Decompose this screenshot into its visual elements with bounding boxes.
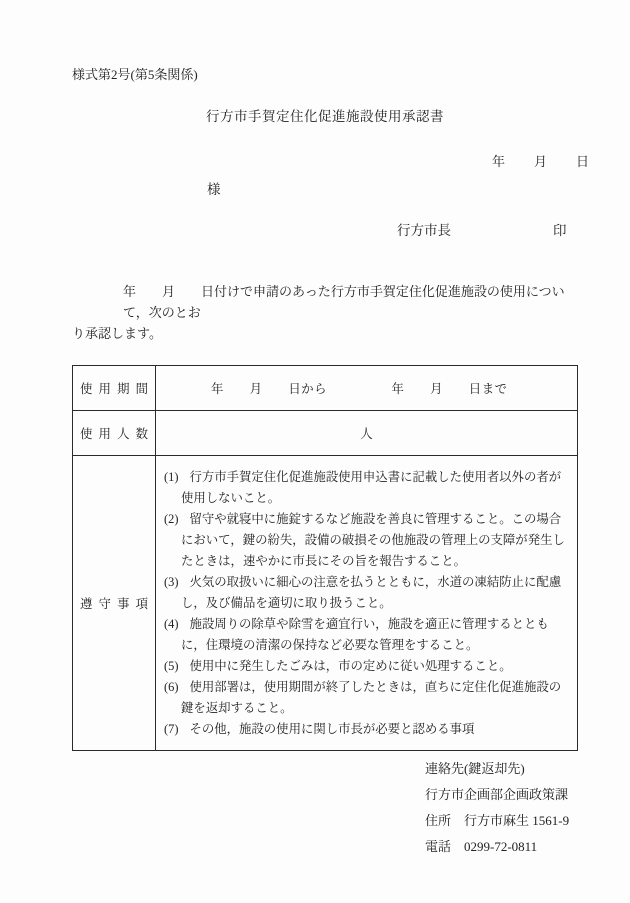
rule-item: (2)留守や就寝中に施錠するなど施設を善良に管理すること。この場合において，鍵の… (164, 509, 572, 572)
rule-text: 行方市手賀定住化促進施設使用申込書に記載した使用者以外の者が使用しないこと。 (181, 470, 561, 505)
rule-number: (6) (164, 680, 178, 694)
table-row-usage-period: 使 用 期 間 年 月 日から 年 月 日まで (73, 366, 578, 411)
table-row-rules: 遵 守 事 項 (1)行方市手賀定住化促進施設使用申込書に記載した使用者以外の者… (73, 456, 578, 751)
rule-text: その他，施設の使用に関し市長が必要と認める事項 (189, 722, 474, 736)
body-line: り承認します。 (72, 323, 578, 344)
addressee-honorific: 様 (72, 181, 578, 199)
document-title: 行方市手賀定住化促進施設使用承認書 (72, 108, 578, 126)
rule-number: (3) (164, 575, 178, 589)
rule-item: (5)使用中に発生したごみは，市の定めに従い処理すること。 (164, 656, 572, 677)
contact-address: 住所 行方市麻生 1561-9 (425, 808, 578, 834)
rule-number: (5) (164, 659, 178, 673)
body-line: 年 月 日付けで申請のあった行方市手賀定住化促進施設の使用について，次のとお (72, 281, 578, 323)
rules-cell: (1)行方市手賀定住化促進施設使用申込書に記載した使用者以外の者が使用しないこと… (156, 456, 578, 751)
user-count-value: 人 (156, 411, 578, 456)
rule-item: (4)施設周りの除草や除雪を適宜行い，施設を適正に管理するとともに，住環境の清潔… (164, 614, 572, 656)
form-number: 様式第2号(第5条関係) (72, 66, 578, 83)
row-header-user-count: 使 用 人 数 (73, 411, 156, 456)
rule-number: (4) (164, 617, 178, 631)
issuer-name: 行方市長 (397, 222, 451, 240)
rule-text: 施設周りの除草や除雪を適宜行い，施設を適正に管理するとともに，住環境の清潔の保持… (181, 617, 549, 652)
usage-period-value: 年 月 日から 年 月 日まで (156, 366, 578, 411)
approval-table: 使 用 期 間 年 月 日から 年 月 日まで 使 用 人 数 人 遵 守 事 … (72, 365, 578, 751)
rule-text: 留守や就寝中に施錠するなど施設を善良に管理すること。この場合において，鍵の紛失，… (181, 512, 565, 568)
rule-text: 使用中に発生したごみは，市の定めに従い処理すること。 (189, 659, 511, 673)
rule-item: (7)その他，施設の使用に関し市長が必要と認める事項 (164, 719, 572, 740)
rule-item: (1)行方市手賀定住化促進施設使用申込書に記載した使用者以外の者が使用しないこと… (164, 467, 572, 509)
issuer-row: 行方市長 印 (72, 222, 578, 240)
contact-department: 行方市企画部企画政策課 (425, 782, 578, 808)
rule-item: (3)火気の取扱いに細心の注意を払うとともに，水道の凍結防止に配慮し，及び備品を… (164, 572, 572, 614)
row-header-usage-period: 使 用 期 間 (73, 366, 156, 411)
contact-block: 連絡先(鍵返却先) 行方市企画部企画政策課 住所 行方市麻生 1561-9 電話… (425, 756, 578, 860)
contact-label: 連絡先(鍵返却先) (425, 756, 578, 782)
rule-number: (2) (164, 512, 178, 526)
table-row-user-count: 使 用 人 数 人 (73, 411, 578, 456)
rule-number: (1) (164, 470, 178, 484)
body-paragraph: 年 月 日付けで申請のあった行方市手賀定住化促進施設の使用について，次のとお り… (72, 281, 578, 344)
rule-text: 火気の取扱いに細心の注意を払うとともに，水道の凍結防止に配慮し，及び備品を適切に… (181, 575, 561, 610)
row-header-rules: 遵 守 事 項 (73, 456, 156, 751)
document-page: 様式第2号(第5条関係) 行方市手賀定住化促進施設使用承認書 年 月 日 様 行… (0, 0, 630, 903)
rule-number: (7) (164, 722, 178, 736)
rule-text: 使用部署は，使用期間が終了したときは，直ちに定住化促進施設の鍵を返却すること。 (181, 680, 561, 715)
seal-placeholder: 印 (553, 222, 567, 240)
contact-phone: 電話 0299-72-0811 (425, 834, 578, 860)
date-line: 年 月 日 (72, 153, 590, 170)
rule-item: (6)使用部署は，使用期間が終了したときは，直ちに定住化促進施設の鍵を返却するこ… (164, 677, 572, 719)
